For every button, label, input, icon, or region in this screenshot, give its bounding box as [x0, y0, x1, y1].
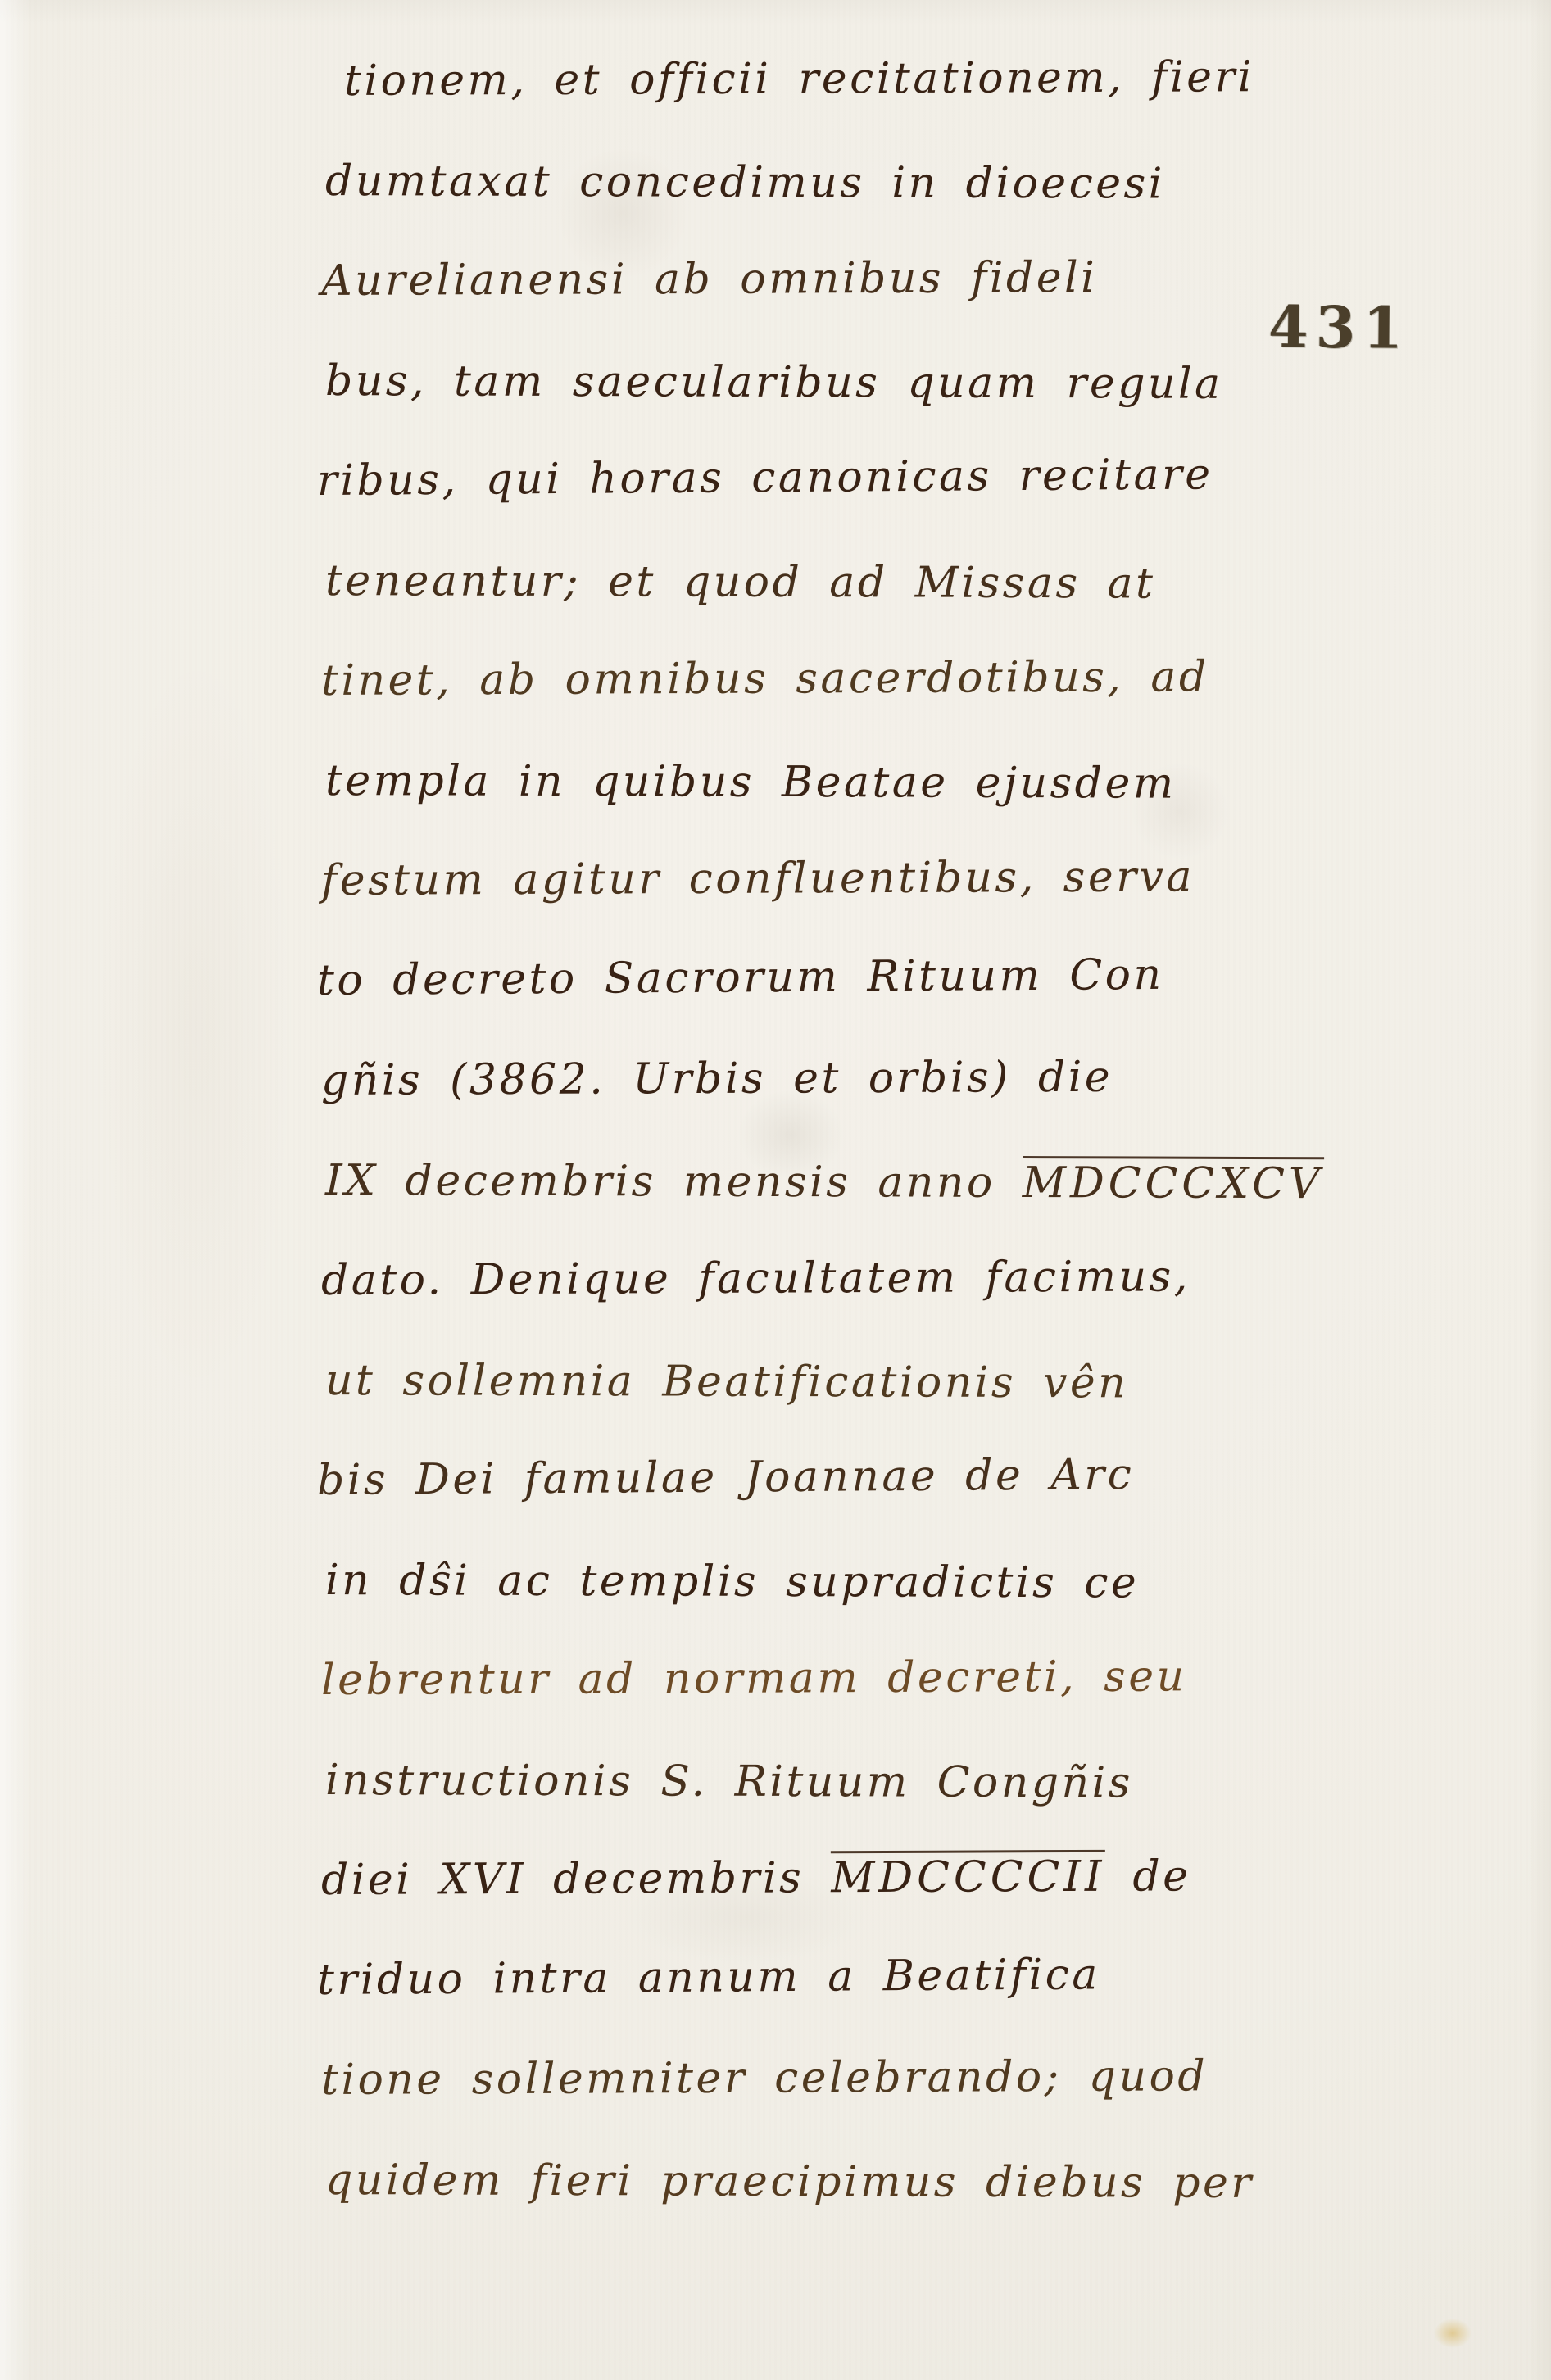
roman-numeral-overline: MDCCCCII: [831, 1850, 1105, 1902]
manuscript-line: gñis (3862. Urbis et orbis) die: [321, 1027, 1338, 1131]
manuscript-line: ut sollemnia Beatificationis vên: [325, 1331, 1341, 1434]
manuscript-text: tionem, et officii recitationem, fieridu…: [321, 31, 1337, 2230]
manuscript-page: 431 tionem, et officii recitationem, fie…: [0, 0, 1551, 2380]
manuscript-line: bis Dei famulae Joannae de Arc: [317, 1423, 1334, 1530]
manuscript-line: IX decembris mensis anno MDCCCXCV: [325, 1131, 1341, 1234]
paper-stain: [1434, 2319, 1472, 2348]
manuscript-line: diei XVI decembris MDCCCCII de: [321, 1826, 1338, 1930]
manuscript-line: dumtaxat concedimus in dioecesi: [325, 131, 1341, 234]
manuscript-line: quidem fieri praecipimus diebus per: [325, 2130, 1341, 2233]
manuscript-line: in dŝi ac templis supradictis ce: [325, 1530, 1341, 1634]
manuscript-line: to decreto Sacrorum Rituum Con: [317, 923, 1334, 1031]
manuscript-line: bus, tam saecularibus quam regula: [325, 331, 1341, 434]
manuscript-line: tinet, ab omnibus sacerdotibus, ad: [321, 627, 1338, 731]
manuscript-line: Aurelianensi ab omnibus fideli: [321, 227, 1338, 331]
manuscript-line: lebrentur ad normam decreti, seu: [321, 1626, 1338, 1730]
manuscript-line: ribus, qui horas canonicas recitare: [317, 424, 1334, 531]
manuscript-line: dato. Denique facultatem facimus,: [321, 1226, 1338, 1331]
manuscript-line: tionem, et officii recitationem, fieri: [344, 27, 1338, 131]
manuscript-line: triduo intra annum a Beatifica: [317, 1923, 1334, 2030]
roman-numeral-overline: MDCCCXCV: [1023, 1156, 1324, 1208]
manuscript-line: templa in quibus Beatae ejusdem: [325, 731, 1341, 834]
manuscript-line: festum agitur confluentibus, serva: [321, 827, 1338, 931]
manuscript-line: tione sollemniter celebrando; quod: [321, 2026, 1338, 2130]
manuscript-line: instructionis S. Rituum Congñis: [325, 1730, 1341, 1834]
manuscript-line: teneantur; et quod ad Missas at: [325, 531, 1341, 634]
ink-bleed-smudge: [98, 655, 295, 1393]
